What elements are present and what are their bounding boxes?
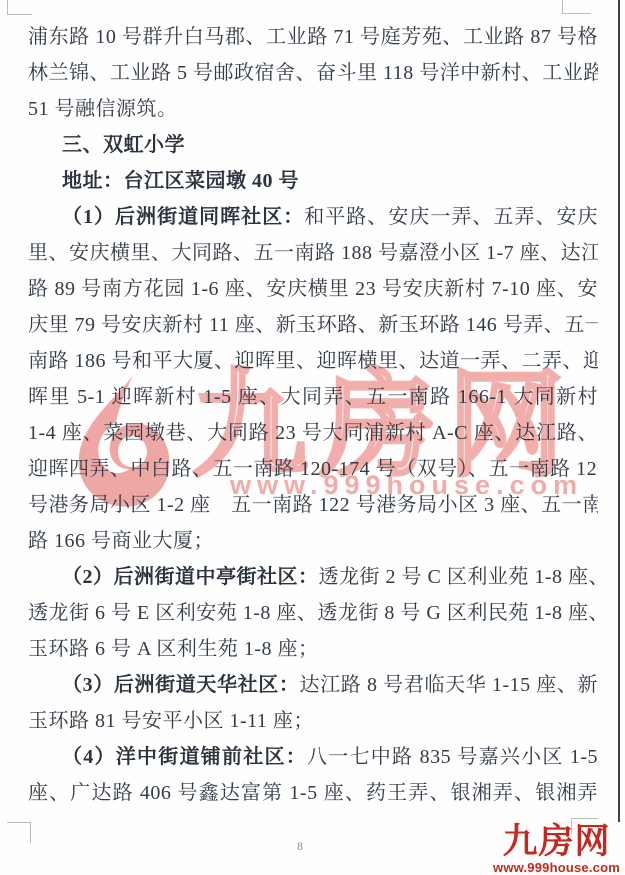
section-label: （2）后洲街道中亭街社区： [62,566,319,588]
section-text: 和平路、安庆一弄、五弄、安庆 [304,206,598,228]
section-line: 里、安庆横里、大同路、五一南路 188 号嘉澄小区 1-7 座、达江 [28,235,598,271]
section-line: 玉环路 81 号安平小区 1-11 座； [28,703,598,739]
section-line: 座、广达路 406 号鑫达富第 1-5 座、药王弄、银湘弄、银湘弄 [28,775,598,811]
site-logo: 九房网 www.999house.com [493,824,620,874]
intro-line: 林兰锦、工业路 5 号邮政宿舍、奋斗里 118 号洋中新村、工业路 [28,55,598,91]
site-logo-url: www.999house.com [493,861,620,874]
section-label: （1）后洲街道同晖社区： [62,206,304,228]
document-page: { "page": { "number": "8" }, "watermark"… [0,0,625,875]
intro-line: 浦东路 10 号群升白马郡、工业路 71 号庭芳苑、工业路 87 号格 [28,19,598,55]
section-line: 透龙街 6 号 E 区利安苑 1-8 座、透龙街 8 号 G 区利民苑 1-8 … [28,595,598,631]
section-line: 路 89 号南方花园 1-6 座、安庆横里 23 号安庆新村 7-10 座、安 [28,271,598,307]
document-body: 浦东路 10 号群升白马郡、工业路 71 号庭芳苑、工业路 87 号格 林兰锦、… [28,19,598,811]
intro-line: 51 号融信源筑。 [28,91,598,127]
section-line: 1-4 座、菜园墩巷、大同路 23 号大同浦新村 A-C 座、达江路、 [28,415,598,451]
site-logo-brand: 九房网 [493,824,620,859]
section-first-line: （3）后洲街道天华社区：达江路 8 号君临天华 1-15 座、新 [28,667,598,703]
section-first-line: （2）后洲街道中亭街社区：透龙街 2 号 C 区利业苑 1-8 座、 [28,559,598,595]
section-line: 庆里 79 号安庆新村 11 座、新玉环路、新玉环路 146 号弄、五一 [28,307,598,343]
page-edge-line [618,0,620,822]
section-line: 号港务局小区 1-2 座 五一南路 122 号港务局小区 3 座、五一南 [28,487,598,523]
section-text: 达江路 8 号君临天华 1-15 座、新 [300,674,598,696]
crop-mark-top-right [562,0,591,14]
section-line: 路 166 号商业大厦； [28,523,598,559]
section-text: 八一七中路 835 号嘉兴小区 1-5 [307,746,598,768]
section-line: 晖里 5-1 迎晖新村 1-5 座、大同弄、五一南路 166-1 大同新村 [28,379,598,415]
section-first-line: （1）后洲街道同晖社区：和平路、安庆一弄、五弄、安庆 [28,199,598,235]
section-label: （3）后洲街道天华社区： [62,674,300,696]
section-line: 玉环路 6 号 A 区利生苑 1-8 座； [28,631,598,667]
section-first-line: （4）洋中街道铺前社区：八一七中路 835 号嘉兴小区 1-5 [28,739,598,775]
section-line: 迎晖四弄、中白路、五一南路 120-174 号（双号）、五一南路 120 [28,451,598,487]
school-heading: 三、双虹小学 [28,127,598,163]
section-line: 南路 186 号和平大厦、迎晖里、迎晖横里、达道一弄、二弄、迎 [28,343,598,379]
school-address: 地址：台江区菜园墩 40 号 [28,163,598,199]
section-text: 透龙街 2 号 C 区利业苑 1-8 座、 [319,566,599,588]
section-label: （4）洋中街道铺前社区： [62,746,307,768]
crop-mark-top-left [7,0,32,15]
